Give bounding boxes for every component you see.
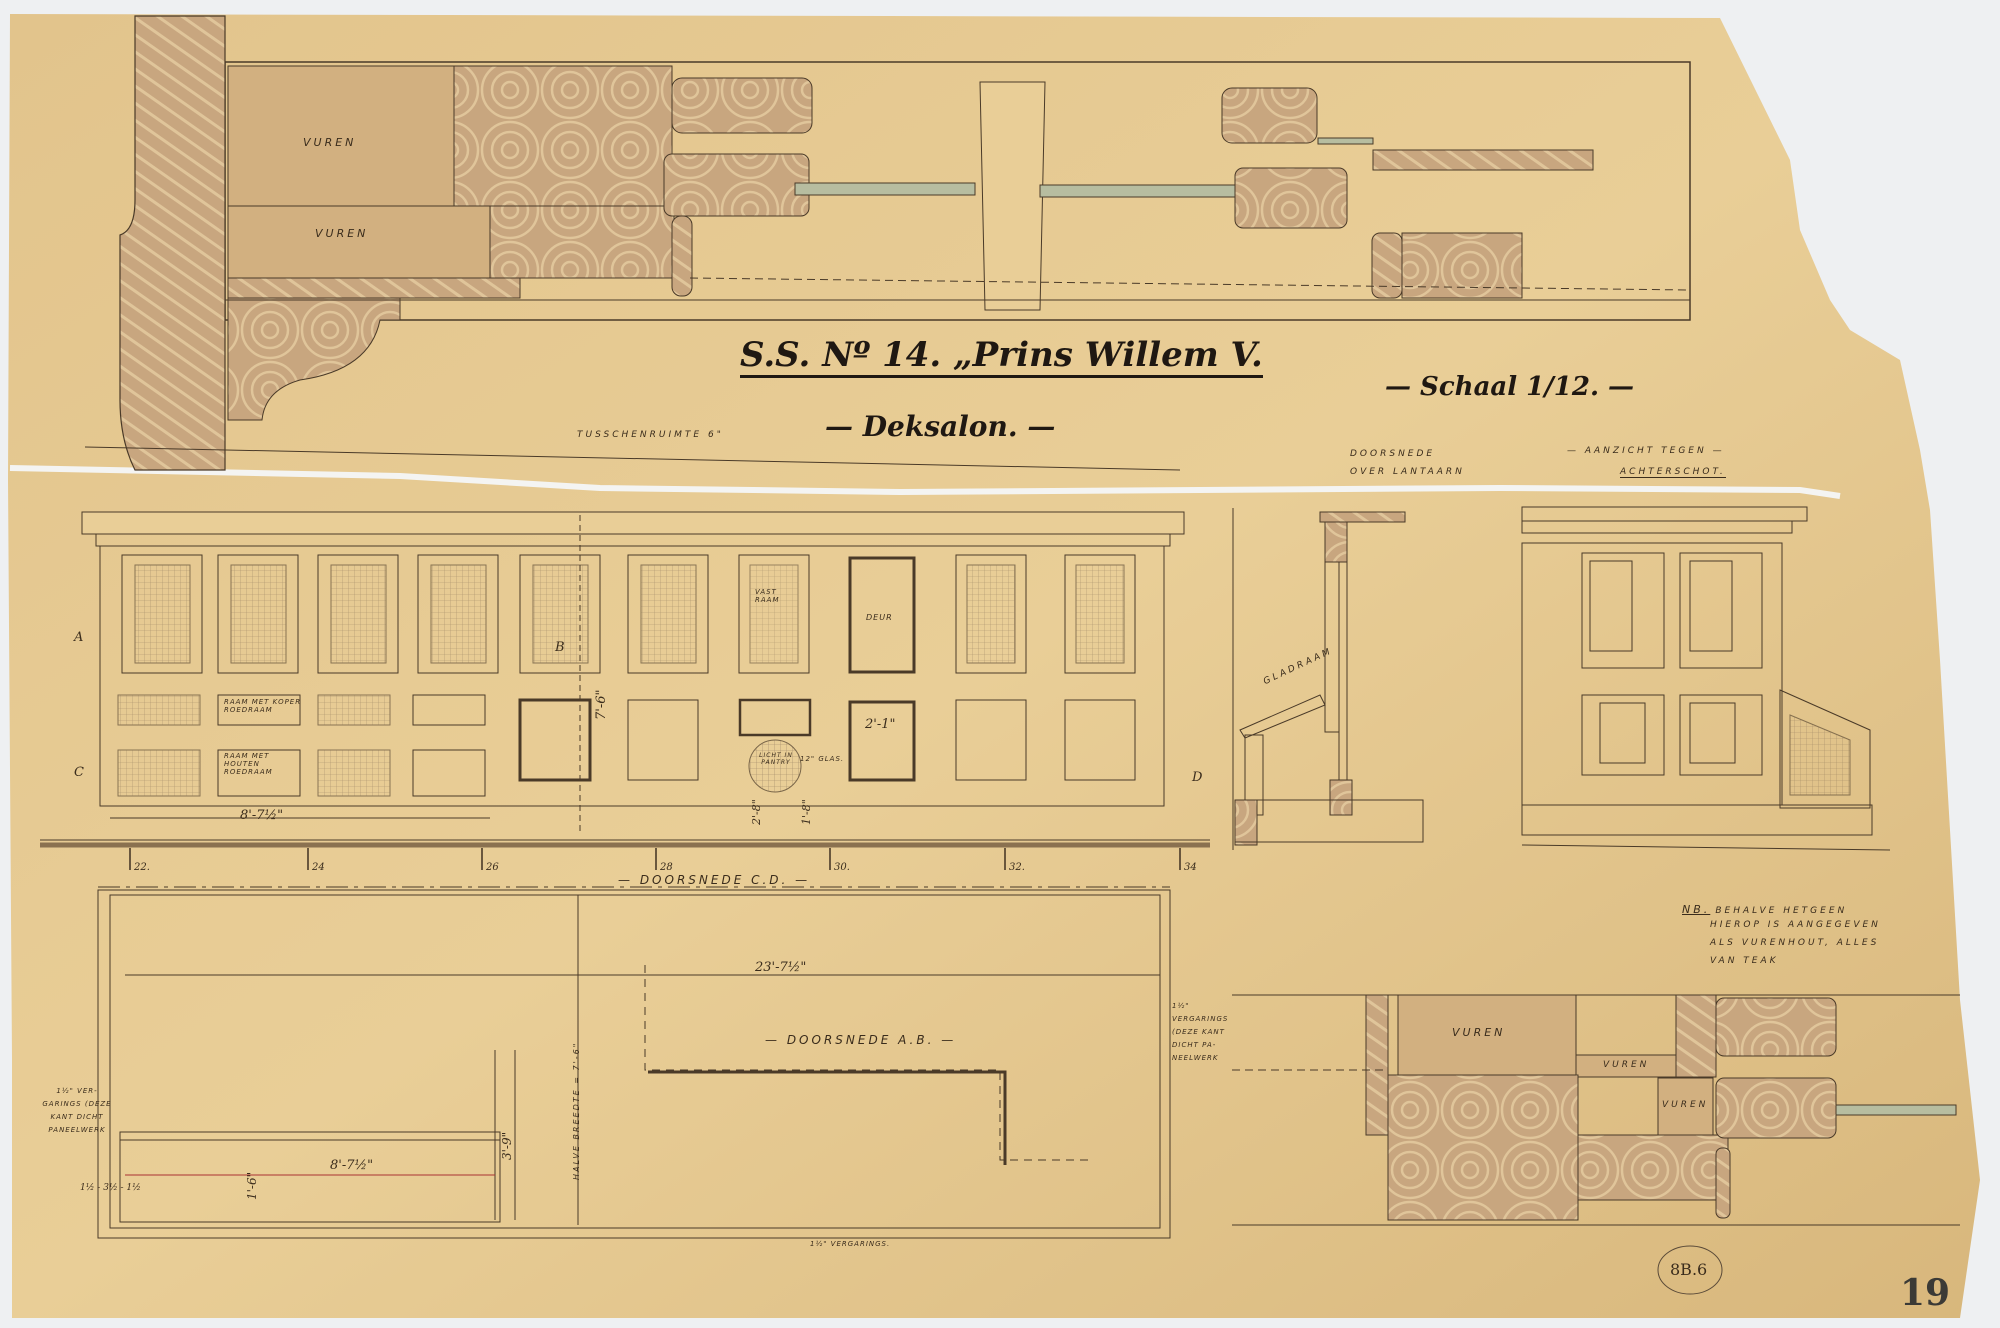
frame-number-22: 22.	[134, 862, 150, 873]
note-vergarings-left: 1½" VER-GARINGS (DEZE KANT DICHT PANEELW…	[42, 1085, 112, 1137]
row-label-a: A	[74, 630, 83, 645]
dim-bench-depth: 1'-6"	[245, 1172, 259, 1200]
label-vuren-1: VUREN	[303, 136, 356, 149]
sheet-number: 19	[1900, 1272, 1950, 1314]
dim-height: 7'-6"	[594, 690, 609, 721]
archive-mark: 8B.6	[1670, 1260, 1707, 1279]
lantern-caption-2: OVER LANTAARN	[1350, 467, 1465, 477]
dim-overall-length: 23'-7½"	[755, 960, 806, 975]
note-raam-koper: RAAM MET KOPER ROEDRAAM	[224, 698, 304, 714]
frame-number-30: 30.	[834, 862, 850, 873]
dim-spacing: 1½ - 3½ - 1½	[80, 1183, 141, 1193]
drawing-subtitle: — Deksalon. —	[825, 410, 1055, 443]
row-label-d: D	[1192, 770, 1202, 785]
note-glas: 12" GLAS.	[800, 755, 844, 763]
caption-doorsnede-ab: — DOORSNEDE A.B. —	[765, 1033, 956, 1047]
row-label-c: C	[74, 765, 84, 780]
note-vast-raam: VAST RAAM	[755, 588, 795, 604]
frame-number-32: 32.	[1009, 862, 1025, 873]
frame-number-24: 24	[312, 862, 325, 873]
aft-view-caption-1: — AANZICHT TEGEN —	[1567, 446, 1725, 456]
dim-half-width: HALVE BREEDTE = 7'-6"	[572, 1042, 581, 1180]
dim-width-left: 8'-7½"	[240, 808, 283, 823]
label-vuren-lr-3: VUREN	[1662, 1100, 1708, 1110]
frame-number-26: 26	[486, 862, 499, 873]
row-label-b: B	[555, 640, 565, 655]
note-nb-line3: ALS VURENHOUT, ALLES	[1710, 938, 1879, 948]
note-vergarings-bottom: 1½" VERGARINGS.	[810, 1240, 890, 1248]
note-nb-prefix: NB.	[1682, 903, 1710, 916]
note-nb: NB. BEHALVE HETGEEN	[1682, 898, 1847, 917]
frame-number-28: 28	[660, 862, 673, 873]
dim-sill-b: 1'-8"	[800, 799, 813, 825]
scale-label: — Schaal 1/12. —	[1385, 372, 1634, 402]
dim-sill-a: 2'-8"	[750, 799, 763, 825]
drawing-title: S.S. Nº 14. „Prins Willem V.	[740, 335, 1263, 378]
label-vuren-lr-1: VUREN	[1452, 1026, 1505, 1039]
caption-doorsnede-cd: — DOORSNEDE C.D. —	[618, 873, 810, 887]
lantern-caption-1: DOORSNEDE	[1350, 449, 1435, 459]
gap-note: TUSSCHENRUIMTE 6"	[577, 430, 724, 440]
dim-door-width: 2'-1"	[865, 717, 896, 732]
label-vuren-lr-2: VUREN	[1603, 1060, 1649, 1070]
dim-alcove-depth: 3'-9"	[500, 1132, 514, 1160]
frame-number-34: 34	[1184, 862, 1197, 873]
drawing-sheet	[0, 0, 2000, 1328]
note-vergarings-right: 1½" VERGARINGS (DEZE KANT DICHT PA-NEELW…	[1172, 1000, 1242, 1065]
note-deur: DEUR	[866, 613, 893, 622]
note-licht-pantry: LICHT IN PANTRY	[757, 752, 795, 766]
upper-panels	[122, 555, 1135, 673]
note-nb-line1: BEHALVE HETGEEN	[1715, 906, 1847, 916]
note-nb-line2: HIEROP IS AANGEGEVEN	[1710, 920, 1881, 930]
label-vuren-2: VUREN	[315, 227, 368, 240]
dim-alcove-length: 8'-7½"	[330, 1158, 373, 1173]
aft-view-caption-2: ACHTERSCHOT.	[1620, 467, 1726, 478]
note-nb-line4: VAN TEAK	[1710, 956, 1779, 966]
note-raam-hout: RAAM MET HOUTEN ROEDRAAM	[224, 752, 304, 776]
